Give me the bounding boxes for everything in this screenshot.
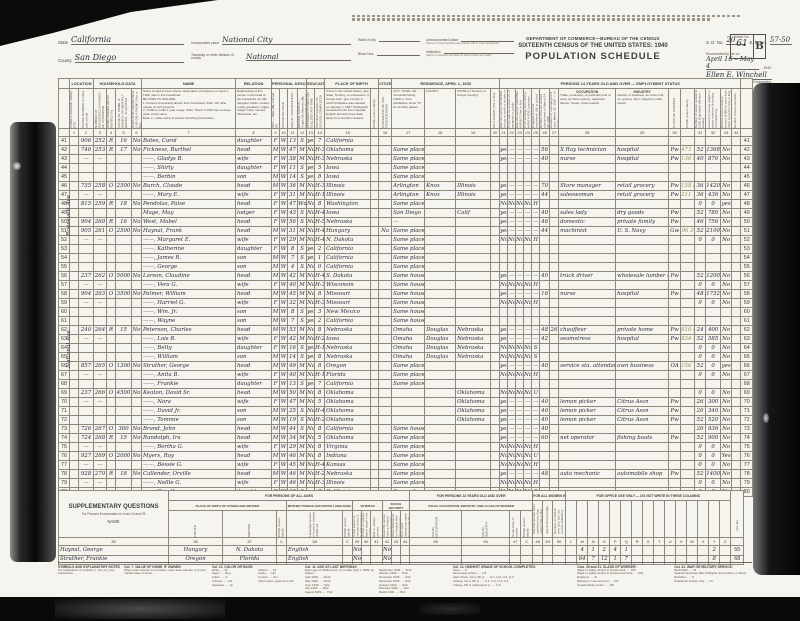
supp-subgroup: MOTHER TONGUE (OR NATIVE LANGUAGE) <box>287 501 353 511</box>
cell-ot: No <box>721 344 732 353</box>
cell-f <box>132 407 142 416</box>
cell-in <box>616 173 669 182</box>
cell-wk: 0 <box>695 371 706 380</box>
column-label-text: Relationship of this person to the head … <box>236 89 271 128</box>
cell-ag: 16 <box>288 344 298 353</box>
column-label <box>59 89 70 129</box>
column-label-vertical: Was this person AT WORK for pay or profi… <box>500 89 508 128</box>
cell-lnL: 69 <box>59 389 70 398</box>
cell-bp: Missouri <box>325 290 371 299</box>
cell-du <box>550 227 559 236</box>
cell-oc <box>559 389 616 398</box>
cell-cl: Pw <box>669 272 681 281</box>
cell-r3 <box>456 299 491 308</box>
cell-cl <box>669 245 681 254</box>
supp-office-cell <box>654 546 665 556</box>
cell-c30 <box>681 425 695 434</box>
cell-cl <box>669 452 681 461</box>
scan-artifact-bottom-band <box>0 597 800 621</box>
cell-e1: yes <box>500 407 508 416</box>
cell-ag: 46 <box>288 452 298 461</box>
cell-hr: 46 <box>540 218 550 227</box>
cell-ct <box>379 173 392 182</box>
cell-cl: Pw <box>669 182 681 191</box>
cell-in: hospital <box>616 146 669 155</box>
footnote-body: None ..... 0Elementary school ..... 1-8H… <box>453 569 573 588</box>
cell-e1: No <box>500 281 508 290</box>
cell-e4: — <box>524 470 532 479</box>
cell-ic: 585 <box>706 335 721 344</box>
column-number <box>59 129 70 137</box>
cell-sx: M <box>272 470 280 479</box>
cell-e3: No <box>516 479 524 488</box>
cell-rc: W <box>280 245 288 254</box>
cell-lnR: 63 <box>741 335 753 344</box>
column-number: 19 <box>456 129 491 137</box>
cell-wk: 0 <box>695 281 706 290</box>
supp-subgroup: VETERAN <box>353 501 383 511</box>
cell-du <box>550 254 559 263</box>
cell-hh: 265 <box>94 362 107 371</box>
supp-cell-w1 <box>533 546 543 556</box>
cell-sc: No <box>307 191 315 200</box>
cell-c15 <box>371 236 379 245</box>
cell-mr: S <box>298 254 307 263</box>
cell-cl: Pw <box>669 326 681 335</box>
cell-rc: W <box>280 164 288 173</box>
cell-wk: 0 <box>695 389 706 398</box>
cell-nm: ——, Wayne <box>142 317 236 326</box>
cell-e3: — <box>516 272 524 281</box>
cell-sc: yes <box>307 137 315 146</box>
cell-mr: M <box>298 227 307 236</box>
cell-fs <box>732 470 741 479</box>
cell-ic <box>706 173 721 182</box>
cell-bp: Oregon <box>325 362 371 371</box>
cell-sx: M <box>272 425 280 434</box>
cell-e4 <box>524 245 532 254</box>
supp-office-blank <box>588 501 599 538</box>
cell-fs <box>732 362 741 371</box>
supp-women-label: Number of children ever born (Do not inc… <box>553 501 566 538</box>
cell-e5: — <box>532 191 540 200</box>
cell-rc: W <box>280 434 288 443</box>
fine-print-line <box>352 18 711 20</box>
supp-line-number: 55 <box>731 546 744 556</box>
cell-rc: W <box>280 326 288 335</box>
column-label: Relationship of this person to the head … <box>236 89 272 129</box>
cell-cl <box>669 371 681 380</box>
cell-rl: daughter <box>236 137 272 146</box>
cell-lnR: 61 <box>741 317 753 326</box>
cell-f: No <box>132 470 142 479</box>
cell-v <box>116 443 132 452</box>
cell-oc <box>559 452 616 461</box>
cell-hr <box>540 371 550 380</box>
cell-fs <box>732 281 741 290</box>
cell-ic <box>706 137 721 146</box>
supp-col-label-text: War or military service <box>373 511 380 537</box>
cell-lnR: 79 <box>741 479 753 488</box>
cell-c15 <box>371 281 379 290</box>
cell-f: No <box>132 137 142 146</box>
cell-r3 <box>456 434 491 443</box>
cell-r3 <box>456 470 491 479</box>
women-label: Has this woman been married more than on… <box>533 504 543 534</box>
cell-e1: No <box>500 344 508 353</box>
supp-subgroup: USUAL OCCUPATION, INDUSTRY, AND CLASS OF… <box>410 501 533 511</box>
footnote-block: Col. 10. COLOR OR RACE:White ..... WNegr… <box>212 565 301 595</box>
cell-c30: 96 2 <box>681 227 695 236</box>
cell-e2: — <box>508 416 516 425</box>
cell-nm: Randolph, Ira <box>142 434 236 443</box>
cell-e4: No <box>524 371 532 380</box>
cell-c15 <box>371 335 379 344</box>
cell-r1: Omaha <box>392 326 425 335</box>
cell-wk <box>695 164 706 173</box>
cell-r1: Same place <box>392 164 425 173</box>
cell-c15 <box>371 272 379 281</box>
cell-gr: 8 <box>315 353 325 362</box>
cell-lnR: 46 <box>741 182 753 191</box>
cell-e4: No <box>524 389 532 398</box>
column-label: INDUSTRYIndustry or business, as cotton … <box>616 89 669 129</box>
supp-office-cell: 2 <box>709 546 720 556</box>
column-label-vertical: CODE (Leave blank) <box>686 89 690 128</box>
cell-rc: W <box>280 155 288 164</box>
cell-h: 928 <box>79 470 94 479</box>
cell-e3 <box>516 308 524 317</box>
cell-ag: 29 <box>288 443 298 452</box>
census-row: 79————, Nellie G.wifeFW46MNoH-3IllinoisS… <box>59 479 753 488</box>
cell-rf <box>491 281 500 290</box>
cell-ct <box>379 371 392 380</box>
cell-sc: yes <box>307 353 315 362</box>
cell-bp: Oklahoma <box>325 434 371 443</box>
cell-t <box>107 353 116 362</box>
scan-artifact-left-band <box>10 122 56 562</box>
cell-c30 <box>681 443 695 452</box>
cell-wk: 36 <box>695 191 706 200</box>
cell-rl: wife <box>236 236 272 245</box>
cell-du <box>550 245 559 254</box>
cell-sc: No <box>307 434 315 443</box>
cell-e5: — <box>532 209 540 218</box>
cell-nm: ——, Harriet G. <box>142 299 236 308</box>
cell-e2: — <box>508 227 516 236</box>
cell-e4: — <box>524 272 532 281</box>
cell-h: — <box>79 191 94 200</box>
cell-e2: No <box>508 281 516 290</box>
footnote-line: Japanese ..... Jp <box>212 584 255 588</box>
cell-ot: No <box>721 146 732 155</box>
cell-t <box>107 254 116 263</box>
cell-cl <box>669 389 681 398</box>
cell-du <box>550 200 559 209</box>
cell-wk: 52 <box>695 416 706 425</box>
cell-ag: 46 <box>288 479 298 488</box>
sheet-number-box: Sheet No. 61 B <box>730 34 766 59</box>
cell-cl <box>669 173 681 182</box>
cell-r1: Same house <box>392 299 425 308</box>
cell-t: R <box>107 434 116 443</box>
cell-e2: No <box>508 344 516 353</box>
cell-r2: Knox <box>425 182 456 191</box>
cell-hr: 16 <box>540 290 550 299</box>
cell-e5: H <box>532 236 540 245</box>
cell-sc: No <box>307 398 315 407</box>
supp-col-label: CODE (Leave blank) <box>521 511 533 538</box>
column-label-vertical: DOES THIS HOUSEHOLD LIVE ON A FARM? (Yes… <box>132 89 142 128</box>
cell-ic <box>706 245 721 254</box>
cell-e5: — <box>532 416 540 425</box>
cell-r2 <box>425 389 456 398</box>
cell-f: No <box>132 362 142 371</box>
cell-fs <box>732 335 741 344</box>
cell-oc: lemon picker <box>559 416 616 425</box>
cell-sx: M <box>272 146 280 155</box>
cell-f <box>132 308 142 317</box>
cell-f <box>132 443 142 452</box>
census-scan-page: State California County San Diego Incorp… <box>0 0 800 621</box>
supp-col-label: Language spoken in home in earliest chil… <box>287 511 343 538</box>
cell-cl: Pw <box>669 191 681 200</box>
cell-hh: 269 <box>94 452 107 461</box>
cell-sx: M <box>272 227 280 236</box>
supp-women-label: Has this woman been married more than on… <box>533 501 543 538</box>
cell-ic: 0 <box>706 299 721 308</box>
cell-e3: — <box>516 146 524 155</box>
cell-e1: No <box>500 389 508 398</box>
cell-r1: Same place <box>392 200 425 209</box>
footnote-line: When exact amount is not known, enter be… <box>124 569 208 577</box>
cell-du <box>550 353 559 362</box>
cell-wk: 46 <box>695 218 706 227</box>
cell-e4 <box>524 137 532 146</box>
cell-t: O <box>107 227 116 236</box>
cell-rf <box>491 461 500 470</box>
cell-e2: No <box>508 479 516 488</box>
cell-c15 <box>371 398 379 407</box>
cell-r2 <box>425 443 456 452</box>
cell-ic: 400 <box>706 326 721 335</box>
cell-e5: — <box>532 290 540 299</box>
cell-fs <box>732 308 741 317</box>
cell-hh: — <box>94 191 107 200</box>
column-label-vertical: AGE AT LAST BIRTHDAY <box>291 89 295 128</box>
cell-rl: wife <box>236 335 272 344</box>
cell-fs <box>732 173 741 182</box>
cell-c15 <box>371 173 379 182</box>
cell-h <box>79 344 94 353</box>
cell-h: — <box>79 281 94 290</box>
cell-rf <box>491 209 500 218</box>
cell-e2: — <box>508 290 516 299</box>
cell-ot <box>721 137 732 146</box>
cell-st <box>70 380 79 389</box>
cell-st <box>70 389 79 398</box>
cell-e1 <box>500 173 508 182</box>
cell-r1: Omaha <box>392 344 425 353</box>
cell-e3: — <box>516 218 524 227</box>
cell-wk: 48 <box>695 290 706 299</box>
cell-r3 <box>456 479 491 488</box>
title-block: DEPARTMENT OF COMMERCE—BUREAU OF THE CEN… <box>488 36 698 62</box>
cell-r1: Same place <box>392 245 425 254</box>
cell-v <box>116 236 132 245</box>
cell-h <box>79 416 94 425</box>
cell-ct <box>379 272 392 281</box>
cell-c30: 211 11 <box>681 191 695 200</box>
cell-c15 <box>371 200 379 209</box>
footnote-block: Col. 41. WAR OR MILITARY SERVICE:World W… <box>674 565 752 595</box>
cell-bp: Oklahoma <box>325 407 371 416</box>
cell-rc: W <box>280 200 288 209</box>
column-number: 4 <box>107 129 116 137</box>
cell-wk: 52 <box>695 434 706 443</box>
cell-r1: Same house <box>392 308 425 317</box>
cell-gr: 5 <box>315 164 325 173</box>
cell-fs <box>732 416 741 425</box>
supp-col-number: 41 <box>371 538 383 546</box>
cell-st <box>70 263 79 272</box>
footnote-body: World War ..... WSpanish-American War, P… <box>674 569 752 584</box>
column-number: 29 <box>616 129 669 137</box>
cell-sx: M <box>272 353 280 362</box>
cell-hh <box>94 173 107 182</box>
cell-st <box>70 470 79 479</box>
cell-r2 <box>425 362 456 371</box>
cell-cl <box>669 443 681 452</box>
cell-bp: California <box>325 425 371 434</box>
cell-sc: No <box>307 326 315 335</box>
cell-mr: S <box>298 173 307 182</box>
cell-wk <box>695 137 706 146</box>
cell-r3 <box>456 362 491 371</box>
cell-e4: No <box>524 236 532 245</box>
cell-e1: yes <box>500 434 508 443</box>
supp-col-label-text: MOTHER <box>248 511 252 537</box>
cell-ic: 0 <box>706 371 721 380</box>
cell-sc: No <box>307 290 315 299</box>
column-number <box>741 129 753 137</box>
cell-hh: 258 <box>94 182 107 191</box>
cell-hr: 40 <box>540 398 550 407</box>
cell-lnR: 54 <box>741 254 753 263</box>
cell-rf <box>491 182 500 191</box>
column-label: Number of farm schedule <box>732 89 741 129</box>
supp-office-letter: Z <box>720 538 731 546</box>
cell-mr: M <box>298 191 307 200</box>
census-row: 62240264R15NoPeterson, CharlesheadMW53MN… <box>59 326 753 335</box>
cell-wk <box>695 245 706 254</box>
cell-c15 <box>371 344 379 353</box>
census-row: 71——, David Jr.sonMW25SNoH-4OklahomaOkla… <box>59 407 753 416</box>
cell-ag: 49 <box>288 362 298 371</box>
column-number: 26 <box>540 129 550 137</box>
cell-h: — <box>79 398 94 407</box>
supp-office-cell <box>720 546 731 556</box>
column-label-vertical: Was this person SEEKING WORK? (Yes or No… <box>516 89 523 128</box>
cell-h: 857 <box>79 362 94 371</box>
cell-lnR: 55 <box>741 263 753 272</box>
cell-nm: ——, Tommie <box>142 416 236 425</box>
line-no-label: Line No. <box>736 497 740 531</box>
cell-sx: F <box>272 443 280 452</box>
footnote-body: For explanation of symbols (✓, Ab, etc.)… <box>58 569 120 577</box>
cell-ot: No <box>721 227 732 236</box>
cell-oc: service sta. attendant <box>559 362 616 371</box>
column-label-vertical: NUMBER OF HOUSEHOLD IN ORDER OF VISITATI… <box>95 89 106 128</box>
cell-rl: wife <box>236 299 272 308</box>
cell-e5: H <box>532 479 540 488</box>
cell-nm: Fickness, Burthel <box>142 146 236 155</box>
cell-st <box>70 434 79 443</box>
cell-e2: No <box>508 299 516 308</box>
cell-gr: 8 <box>315 326 325 335</box>
cell-e2: — <box>508 218 516 227</box>
cell-e3: No <box>516 452 524 461</box>
cell-du <box>550 416 559 425</box>
cell-oc: sales lady <box>559 209 616 218</box>
column-label: Name of each person whose usual place of… <box>142 89 236 129</box>
column-label-vertical: MARITAL STATUS — Single (S), Married (M)… <box>298 89 307 128</box>
cell-in <box>616 380 669 389</box>
cell-t <box>107 344 116 353</box>
cell-f: No <box>132 182 142 191</box>
cell-t: O <box>107 452 116 461</box>
cell-sc: No <box>307 209 315 218</box>
cell-hh: 267 <box>94 425 107 434</box>
cell-rc: W <box>280 218 288 227</box>
cell-sc: yes <box>307 254 315 263</box>
cell-e2: — <box>508 155 516 164</box>
cell-e5 <box>532 263 540 272</box>
cell-e2: No <box>508 353 516 362</box>
cell-e2: No <box>508 461 516 470</box>
cell-h: 905 <box>79 227 94 236</box>
cell-e2: — <box>508 407 516 416</box>
cell-rf <box>491 191 500 200</box>
cell-c15 <box>371 479 379 488</box>
cell-in <box>616 479 669 488</box>
cell-oc: nurse <box>559 290 616 299</box>
cell-rl: head <box>236 434 272 443</box>
cell-du <box>550 362 559 371</box>
cell-c30 <box>681 470 695 479</box>
cell-r1 <box>392 398 425 407</box>
cell-ct <box>379 209 392 218</box>
cell-cl <box>669 164 681 173</box>
cell-v <box>116 398 132 407</box>
supp-col-label: Usual class of worker <box>510 511 521 538</box>
cell-lnR: 64 <box>741 344 753 353</box>
cell-rl: wife <box>236 191 272 200</box>
cell-rf <box>491 137 500 146</box>
cell-ag: 8 <box>288 245 298 254</box>
cell-bp: California <box>325 254 371 263</box>
cell-ag: 13 <box>288 380 298 389</box>
cell-e2 <box>508 263 516 272</box>
cell-e3: No <box>516 299 524 308</box>
supp-cell-v2 <box>362 546 371 556</box>
cell-e1: yes <box>500 362 508 371</box>
cell-nm: ——, Vera G. <box>142 281 236 290</box>
cell-wk: 0 <box>695 236 706 245</box>
cell-rl: son <box>236 254 272 263</box>
cell-e4: — <box>524 227 532 236</box>
cell-in <box>616 281 669 290</box>
